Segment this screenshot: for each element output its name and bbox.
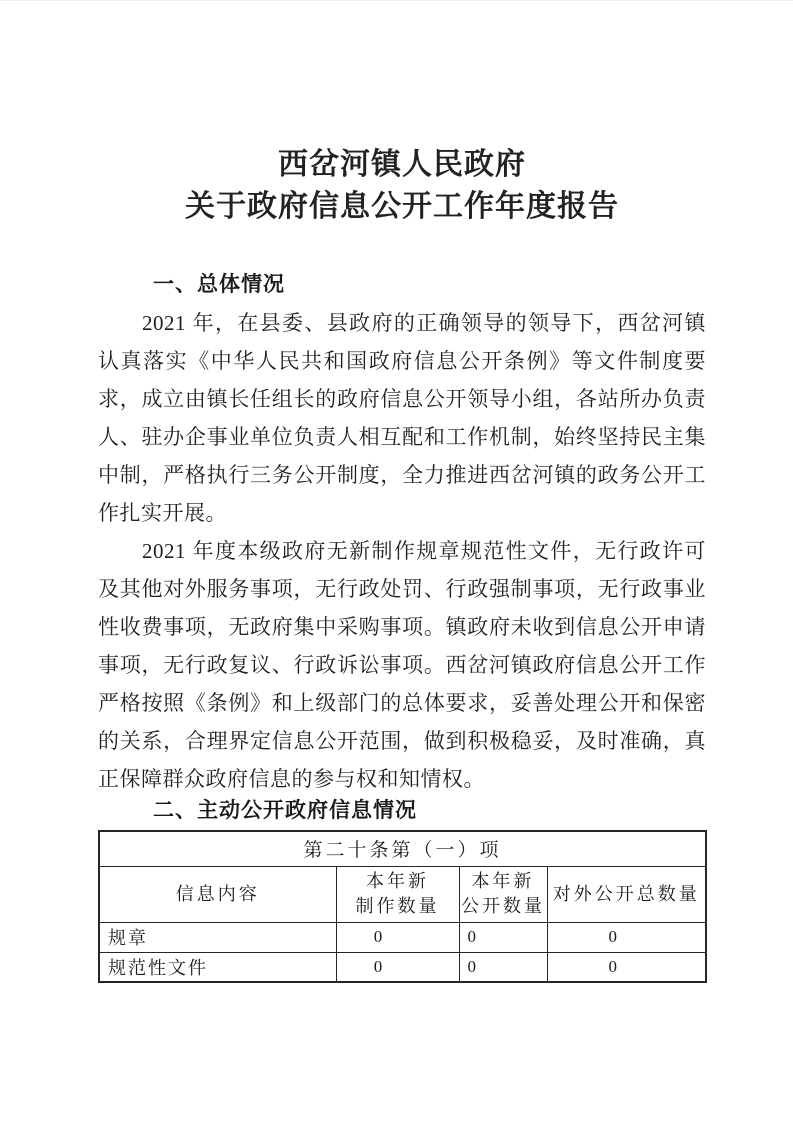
document-content: 西岔河镇人民政府 关于政府信息公开工作年度报告 一、总体情况 2021 年，在县… — [98, 144, 706, 983]
table-caption-row: 第二十条第（一）项 — [99, 831, 706, 866]
header-new-published-line2: 公开数量 — [461, 894, 546, 919]
row1-total-public: 0 — [547, 922, 706, 952]
table-caption: 第二十条第（一）项 — [99, 831, 706, 866]
table-row-regulations: 规章 0 0 0 — [99, 922, 706, 952]
row2-total-public: 0 — [547, 952, 706, 982]
table-row-normative-documents: 规范性文件 0 0 0 — [99, 952, 706, 982]
section1-paragraph2: 2021 年度本级政府无新制作规章规范性文件，无行政许可及其他对外服务事项，无行… — [98, 532, 706, 798]
header-info-content: 信息内容 — [99, 866, 336, 922]
section1-heading: 一、总体情况 — [98, 266, 706, 304]
row1-new-created: 0 — [336, 922, 459, 952]
section1-paragraph1: 2021 年，在县委、县政府的正确领导的领导下，西岔河镇认真落实《中华人民共和国… — [98, 304, 706, 532]
disclosure-table: 第二十条第（一）项 信息内容 本年新 制作数量 本年新 公开数量 对外公开总数量… — [98, 830, 707, 983]
section2-heading: 二、主动公开政府信息情况 — [98, 798, 706, 824]
header-new-published-line1: 本年新 — [461, 869, 546, 894]
document-title: 西岔河镇人民政府 关于政府信息公开工作年度报告 — [98, 144, 706, 228]
document-title-line2: 关于政府信息公开工作年度报告 — [98, 186, 706, 228]
row2-name: 规范性文件 — [99, 952, 336, 982]
header-total-public: 对外公开总数量 — [547, 866, 706, 922]
document-page: 西岔河镇人民政府 关于政府信息公开工作年度报告 一、总体情况 2021 年，在县… — [0, 0, 793, 1122]
document-title-line1: 西岔河镇人民政府 — [98, 144, 706, 186]
row2-new-created: 0 — [336, 952, 459, 982]
row2-new-published: 0 — [459, 952, 547, 982]
table-header-row: 信息内容 本年新 制作数量 本年新 公开数量 对外公开总数量 — [99, 866, 706, 922]
row1-new-published: 0 — [459, 922, 547, 952]
header-new-created-line1: 本年新 — [338, 869, 458, 894]
header-new-created: 本年新 制作数量 — [336, 866, 459, 922]
header-new-published: 本年新 公开数量 — [459, 866, 547, 922]
header-new-created-line2: 制作数量 — [338, 894, 458, 919]
row1-name: 规章 — [99, 922, 336, 952]
